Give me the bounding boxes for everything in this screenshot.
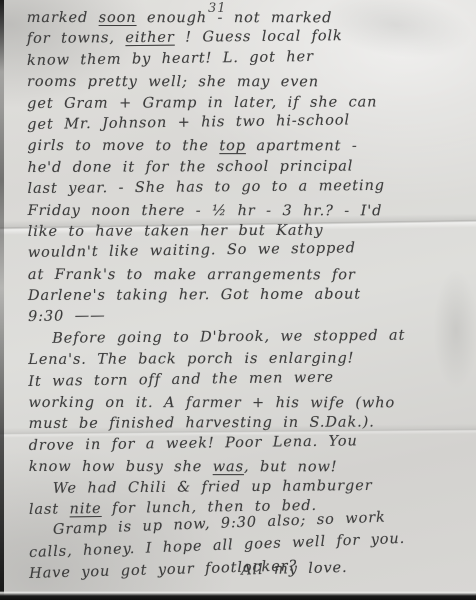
text-segment: girls to move to the: [27, 138, 219, 154]
text-segment: know them by heart! L. got her: [27, 49, 314, 69]
letter-line: wouldn't like waiting. So we stopped: [28, 237, 466, 265]
text-segment: get Mr. Johnson + his two hi-school: [27, 112, 350, 133]
text-segment: We had Chili & fried up hamburger: [53, 478, 373, 497]
text-segment: must be finished harvesting in S.Dak.).: [29, 415, 375, 433]
text-segment: All my love.: [241, 559, 348, 578]
text-segment: apartment -: [246, 138, 358, 154]
letter-line: working on it. A farmer + his wife (who: [28, 393, 466, 415]
text-segment: like to have taken her but Kathy: [28, 223, 324, 240]
text-segment: ! Guess local folk: [175, 29, 343, 46]
underlined-word: soon: [99, 10, 137, 26]
text-segment: Before going to D'brook, we stopped at: [52, 328, 405, 347]
text-segment: get Gram + Gramp in later, if she can: [27, 94, 377, 112]
text-segment: he'd done it for the school principal: [27, 158, 353, 175]
text-segment: know how busy she: [29, 459, 213, 475]
text-segment: enough - not marked: [137, 10, 333, 26]
scanned-letter-page: 31 marked soon enough - not markedfor to…: [0, 0, 476, 600]
text-segment: 9:30 ——: [28, 308, 106, 325]
text-segment: Darlene's taking her. Got home about: [28, 287, 361, 304]
text-segment: , but now!: [244, 459, 338, 475]
text-segment: last year. - She has to go to a meeting: [27, 178, 385, 197]
text-segment: working on it. A farmer + his wife (who: [28, 395, 395, 411]
letter-line: rooms pretty well; she may even: [27, 72, 465, 94]
text-segment: rooms pretty well; she may even: [27, 74, 319, 90]
text-segment: at Frank's to make arrangements for: [28, 267, 356, 283]
underlined-word: either: [125, 30, 174, 46]
scan-edge-bottom: [0, 591, 476, 600]
letter-line: girls to move to the top apartment -: [27, 136, 465, 158]
letter-body: marked soon enough - not markedfor towns…: [27, 6, 468, 587]
text-segment: It was torn off and the men were: [28, 369, 334, 389]
text-segment: Friday noon there - ½ hr - 3 hr.? - I'd: [28, 202, 383, 218]
text-segment: for towns,: [27, 30, 126, 47]
underlined-word: was: [213, 459, 244, 475]
letter-line: at Frank's to make arrangements for: [28, 265, 466, 287]
letter-line: Before going to D'brook, we stopped at: [28, 325, 466, 350]
letter-line: last year. - She has to go to a meeting: [27, 175, 465, 200]
text-segment: marked: [27, 10, 99, 26]
letter-line: 9:30 ——: [28, 301, 466, 329]
text-segment: last: [29, 501, 70, 518]
underlined-word: nite: [69, 501, 101, 517]
underlined-word: top: [219, 138, 246, 154]
text-segment: wouldn't like waiting. So we stopped: [28, 241, 356, 262]
text-segment: Lena's. The back porch is enlarging!: [28, 351, 354, 368]
text-segment: drove in for a week! Poor Lena. You: [29, 433, 358, 454]
letter-line: Friday noon there - ½ hr - 3 hr.? - I'd: [28, 200, 466, 222]
scan-edge-left: [0, 0, 4, 600]
